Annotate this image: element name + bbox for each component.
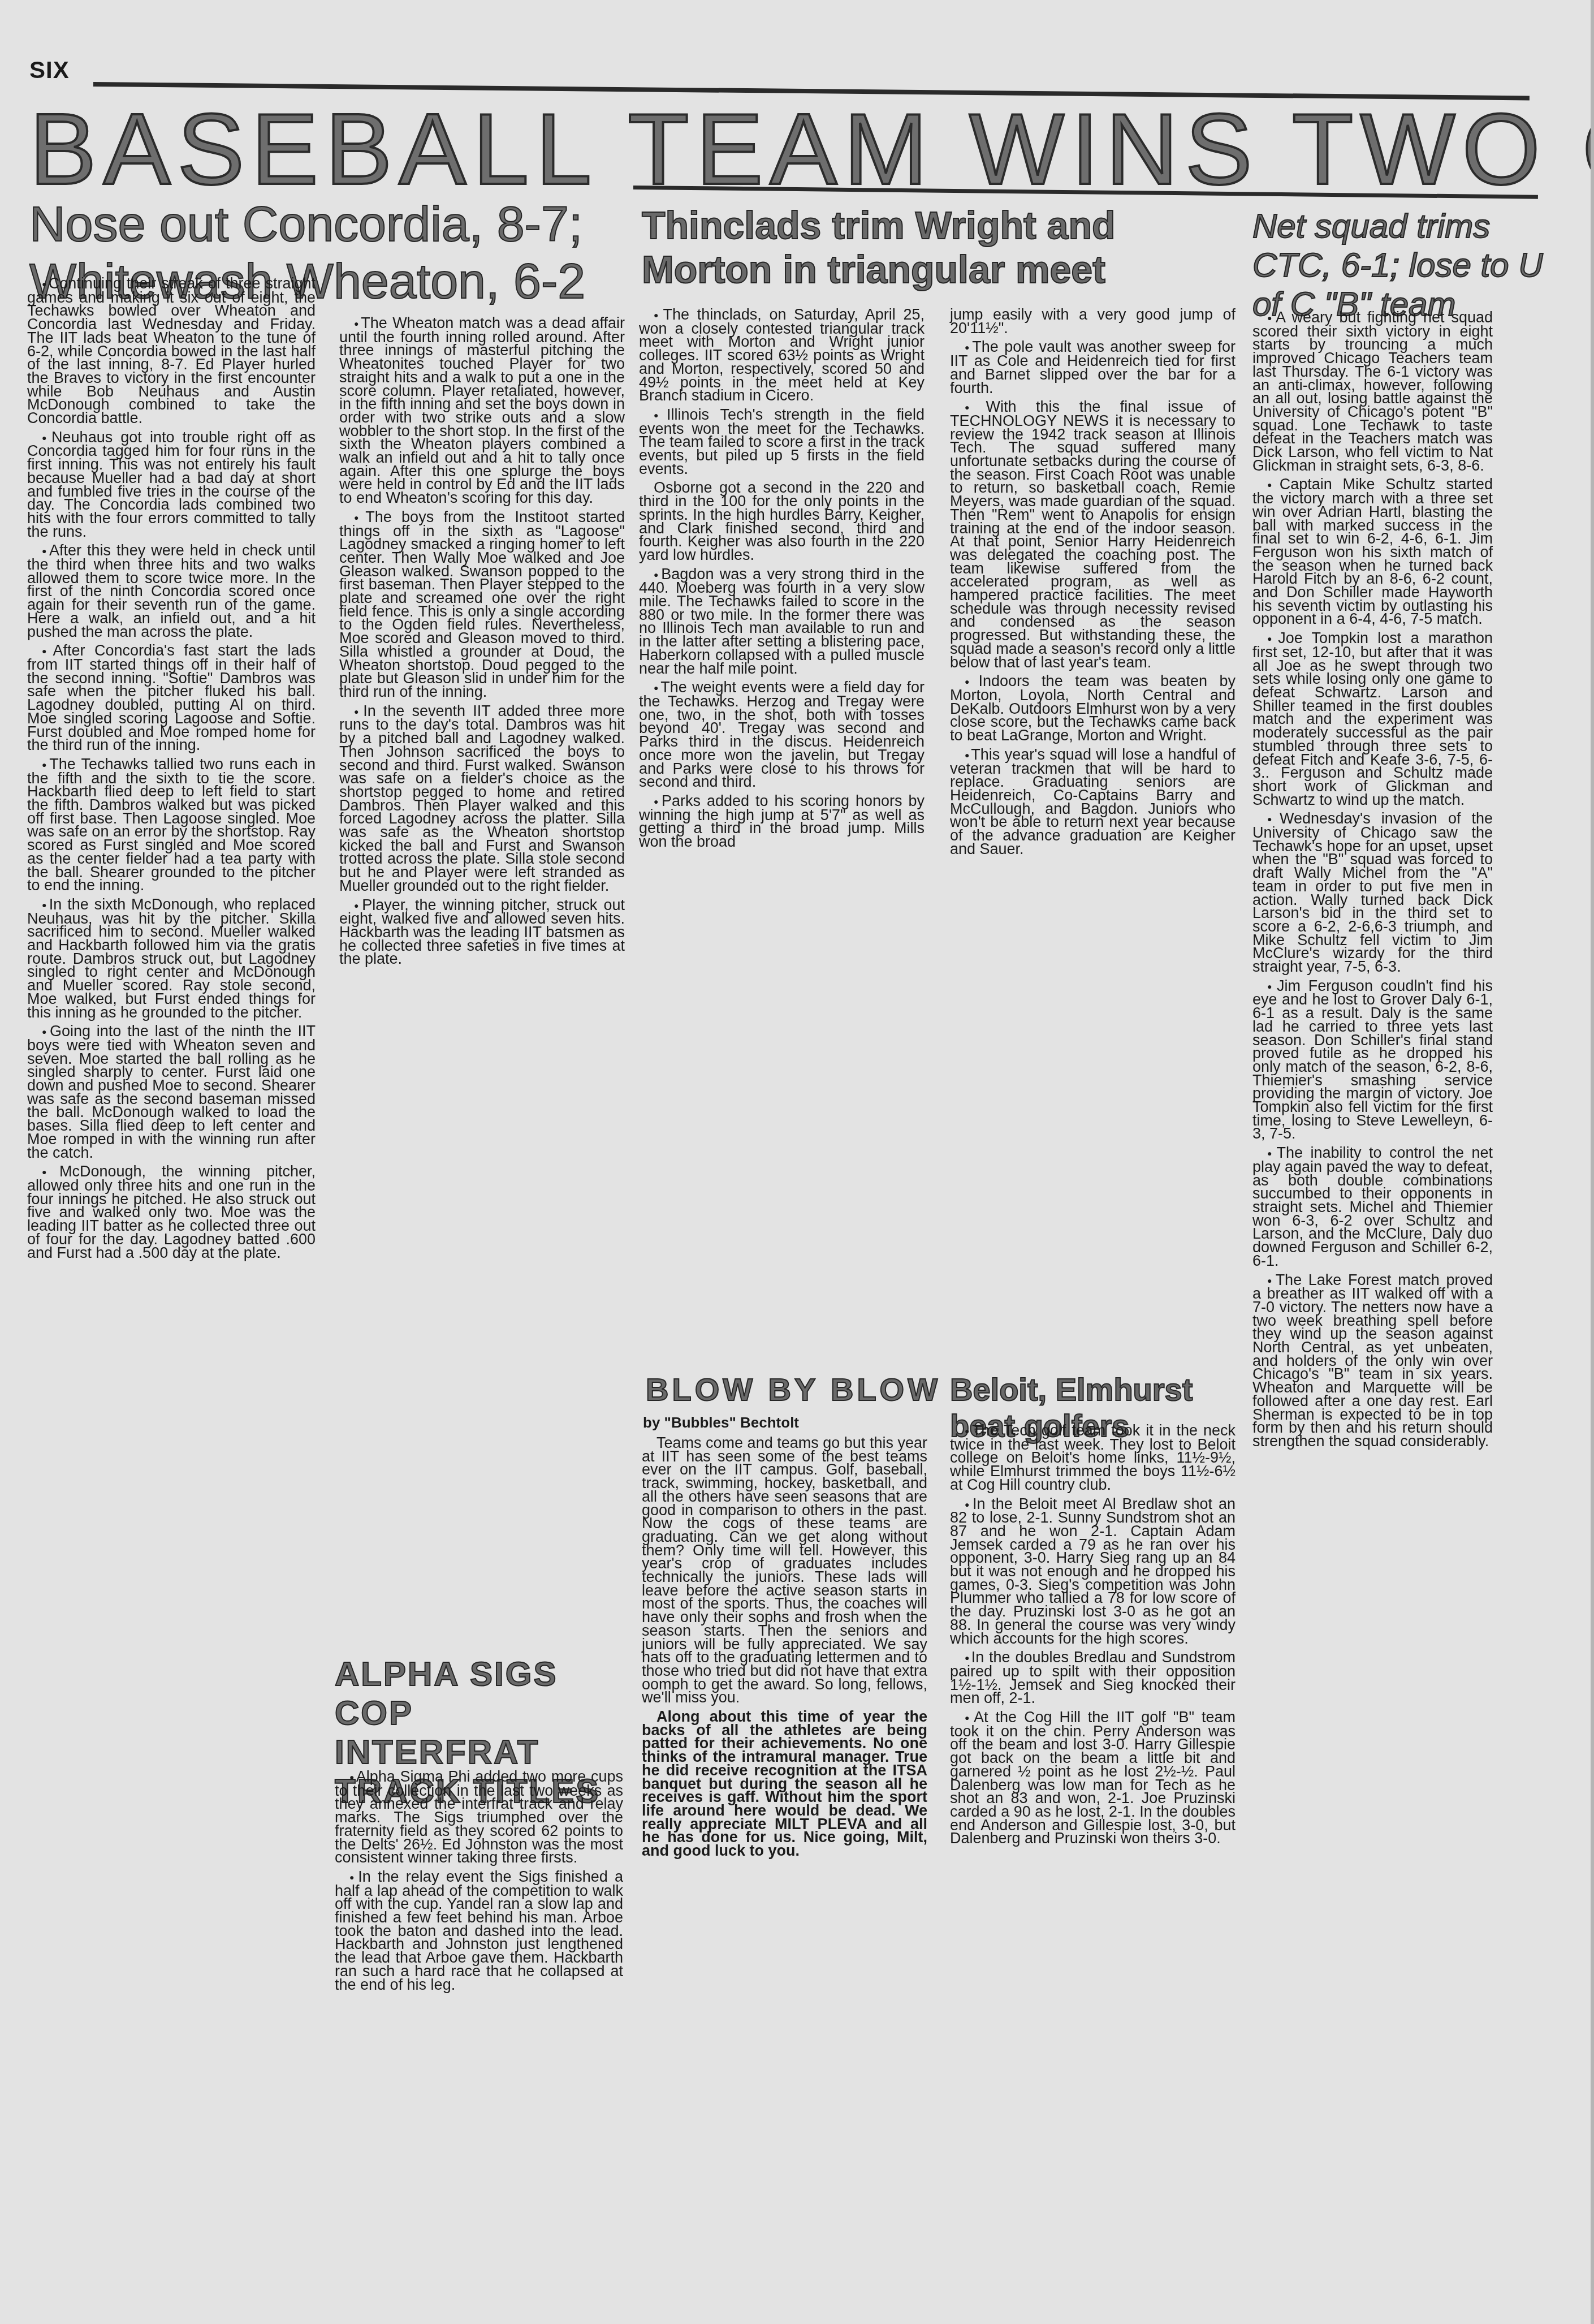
paragraph: At the Cog Hill the IIT golf "B" team to… — [950, 1711, 1236, 1846]
paragraph: Going into the last of the ninth the IIT… — [27, 1025, 316, 1159]
byline: by "Bubbles" Bechtolt — [643, 1414, 799, 1432]
paragraph: The inability to control the net play ag… — [1252, 1146, 1493, 1267]
paragraph: The weight events were a field day for t… — [639, 681, 925, 789]
paragraph: A weary but fighting net squad scored th… — [1252, 311, 1493, 472]
paragraph: Indoors the team was beaten by Morton, L… — [950, 675, 1236, 743]
tennis-body: A weary but fighting net squad scored th… — [1252, 311, 1493, 1454]
banner-headline: BASEBALL TEAM WINS TWO GAMES — [29, 99, 1545, 200]
alpha-sigs-body: Alpha Sigma Phi added two more cups to t… — [335, 1770, 623, 1997]
paragraph: The Lake Forest match proved a breather … — [1252, 1274, 1493, 1448]
paragraph: McDonough, the winning pitcher, allowed … — [27, 1165, 316, 1260]
paragraph: This year's squad will lose a handful of… — [950, 748, 1236, 856]
paragraph: After Concordia's fast start the lads fr… — [27, 644, 316, 752]
paragraph: Teams come and teams go but this year at… — [642, 1437, 927, 1705]
paragraph: In the Beloit meet Al Bredlaw shot an 82… — [950, 1498, 1236, 1646]
blow-by-blow-headline: BLOW BY BLOW — [646, 1372, 941, 1408]
track-column-1: The thinclads, on Saturday, April 25, wo… — [639, 308, 925, 855]
track-column-2: jump easily with a very good jump of 20'… — [950, 308, 1236, 861]
paragraph: The pole vault was another sweep for IIT… — [950, 340, 1236, 395]
paragraph: After this they were held in check until… — [27, 544, 316, 639]
paragraph: Neuhaus got into trouble right off as Co… — [27, 431, 316, 539]
paragraph: Jim Ferguson coudln't find his eye and h… — [1252, 980, 1493, 1141]
paragraph: Alpha Sigma Phi added two more cups to t… — [335, 1770, 623, 1865]
paragraph: The thinclads, on Saturday, April 25, wo… — [639, 308, 925, 403]
page-number: SIX — [29, 57, 70, 84]
paragraph: Captain Mike Schultz started the victory… — [1252, 478, 1493, 626]
paragraph: Parks added to his scoring honors by win… — [639, 795, 925, 849]
blow-by-blow-body: Teams come and teams go but this year at… — [642, 1437, 927, 1864]
paragraph: The Wheaton match was a dead affair unti… — [339, 317, 625, 505]
newspaper-page: SIX BASEBALL TEAM WINS TWO GAMES Nose ou… — [0, 0, 1594, 2324]
paragraph: Along about this time of year the backs … — [642, 1710, 927, 1858]
paragraph: In the doubles Bredlau and Sundstrom pai… — [950, 1651, 1236, 1705]
paragraph: The Tech golf team took it in the neck t… — [950, 1424, 1236, 1492]
baseball-column-2: The Wheaton match was a dead affair unti… — [339, 317, 625, 972]
paragraph: Continuing their streak of three straigh… — [27, 277, 316, 425]
page-edge — [1591, 0, 1594, 2324]
paragraph: Bagdon was a very strong third in the 44… — [639, 568, 925, 676]
paragraph: Illinois Tech's strength in the field ev… — [639, 408, 925, 476]
paragraph: The boys from the Institoot started thin… — [339, 511, 625, 699]
tennis-headline: Net squad trims CTC, 6-1; lose to U of C… — [1252, 206, 1569, 324]
paragraph: In the seventh IIT added three more runs… — [339, 705, 625, 893]
baseball-column-1: Continuing their streak of three straigh… — [27, 277, 316, 1265]
paragraph: The Techawks tallied two runs each in th… — [27, 758, 316, 892]
golf-body: The Tech golf team took it in the neck t… — [950, 1424, 1236, 1851]
paragraph: Joe Tompkin lost a marathon first set, 1… — [1252, 632, 1493, 807]
paragraph: Osborne got a second in the 220 and thir… — [639, 481, 925, 562]
paragraph: jump easily with a very good jump of 20'… — [950, 308, 1236, 335]
paragraph: With this the final issue of TECHNOLOGY … — [950, 400, 1236, 669]
paragraph: Wednesday's invasion of the University o… — [1252, 812, 1493, 973]
paragraph: In the sixth McDonough, who replaced Neu… — [27, 898, 316, 1019]
paragraph: In the relay event the Sigs finished a h… — [335, 1870, 623, 1991]
paragraph: Player, the winning pitcher, struck out … — [339, 899, 625, 967]
track-headline: Thinclads trim Wright and Morton in tria… — [642, 204, 1207, 292]
